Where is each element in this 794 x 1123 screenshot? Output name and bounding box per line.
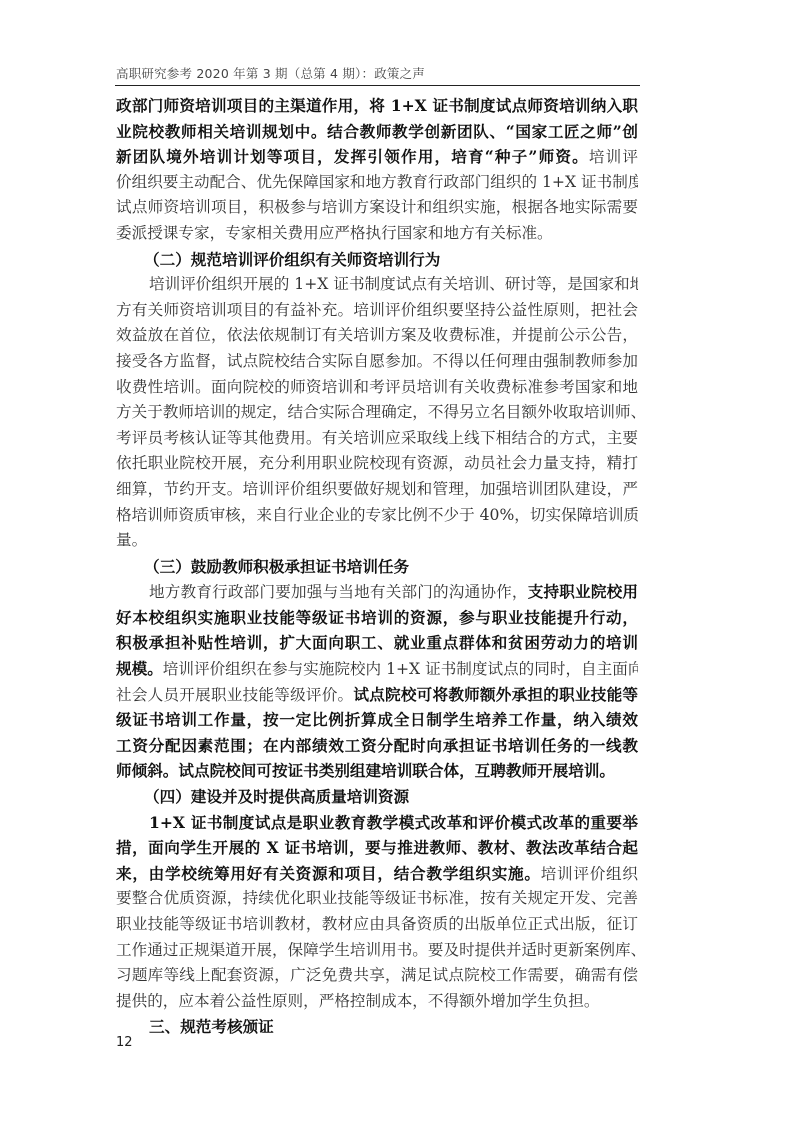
text-line: 考评员考核认证等其他费用。有关培训应采取线上线下相结合的方式，主要 [116,426,638,452]
bold-text-segment: 积极承担补贴性培训，扩大面向职工、就业重点群体和贫困劳动力的培训 [116,633,638,652]
text-line: 细算，节约开支。培训评价组织要做好规划和管理，加强培训团队建设，严 [116,477,638,503]
text-segment: 量。 [116,531,147,549]
header-rule [115,85,640,86]
text-segment: 社会人员开展职业技能等级评价。 [116,686,353,704]
text-line: 格培训师资质审核，来自行业企业的专家比例不少于 40%，切实保障培训质 [116,503,638,529]
text-segment: 要整合优质资源，持续优化职业技能等级证书标准，按有关规定开发、完善 [116,889,638,907]
text-line: 好本校组织实施职业技能等级证书培训的资源，参与职业技能提升行动， [116,605,638,631]
bold-text-segment: （三）鼓励教师积极承担证书培训任务 [144,557,409,576]
text-line: 效益放在首位，依法依规制订有关培训方案及收费标准，并提前公示公告， [116,323,638,349]
text-line: 地方教育行政部门要加强与当地有关部门的沟通协作，支持职业院校用 [116,579,638,605]
text-segment: 培训评价组织在参与实施院校内 1+X 证书制度试点的同时，自主面向 [163,660,638,678]
text-line: 师倾斜。试点院校间可按证书类别组建培训联合体，互聘教师开展培训。 [116,758,638,784]
bold-text-segment: 政部门师资培训项目的主渠道作用，将 1+X 证书制度试点师资培训纳入职 [116,96,638,115]
bold-text-segment: 三、规范考核颁证 [149,1017,274,1036]
text-segment: 提供的，应本着公益性原则，严格控制成本，不得额外增加学生负担。 [116,992,599,1010]
text-segment: 试点师资培训项目，积极参与培训方案设计和组织实施，根据各地实际需要 [116,198,638,216]
text-line: 价组织要主动配合、优先保障国家和地方教育行政部门组织的 1+X 证书制度 [116,170,638,196]
bold-text-segment: 级证书培训工作量，按一定比例折算成全日制学生培养工作量，纳入绩效 [116,710,638,729]
text-line: 依托职业院校开展，充分利用职业院校现有资源，动员社会力量支持，精打 [116,451,638,477]
text-line: 规模。培训评价组织在参与实施院校内 1+X 证书制度试点的同时，自主面向 [116,656,638,682]
text-line: 措，面向学生开展的 X 证书培训，要与推进教师、教材、教法改革结合起 [116,835,638,861]
text-segment: 依托职业院校开展，充分利用职业院校现有资源，动员社会力量支持，精打 [116,454,638,472]
bold-text-segment: 规模。 [116,659,163,678]
running-header: 高职研究参考 2020 年第 3 期（总第 4 期）：政策之声 [116,64,640,82]
text-segment: 方关于教师培训的规定，结合实际合理确定，不得另立名目额外收取培训师、 [116,403,638,421]
text-line: 收费性培训。面向院校的师资培训和考评员培训有关收费标准参考国家和地 [116,375,638,401]
body-text: 政部门师资培训项目的主渠道作用，将 1+X 证书制度试点师资培训纳入职业院校教师… [116,93,638,1040]
text-segment: 接受各方监督，试点院校结合实际自愿参加。不得以任何理由强制教师参加 [116,352,638,370]
text-line: 方有关师资培训项目的有益补充。培训评价组织要坚持公益性原则，把社会 [116,298,638,324]
document-page: 高职研究参考 2020 年第 3 期（总第 4 期）：政策之声 政部门师资培训项… [0,0,794,1123]
text-line: 社会人员开展职业技能等级评价。试点院校可将教师额外承担的职业技能等 [116,682,638,708]
text-line: 工作通过正规渠道开展，保障学生培训用书。要及时提供并适时更新案例库、 [116,938,638,964]
text-segment: 收费性培训。面向院校的师资培训和考评员培训有关收费标准参考国家和地 [116,378,638,396]
text-line: 来，由学校统筹用好有关资源和项目，结合教学组织实施。培训评价组织 [116,861,638,887]
text-segment: 格培训师资质审核，来自行业企业的专家比例不少于 40%，切实保障培训质 [116,506,638,524]
text-segment: 方有关师资培训项目的有益补充。培训评价组织要坚持公益性原则，把社会 [116,301,638,319]
text-line: 政部门师资培训项目的主渠道作用，将 1+X 证书制度试点师资培训纳入职 [116,93,638,119]
bold-text-segment: 师倾斜。试点院校间可按证书类别组建培训联合体，互聘教师开展培训。 [116,761,615,780]
text-segment: 委派授课专家，专家相关费用应严格执行国家和地方有关标准。 [116,224,553,242]
bold-text-segment: （四）建设并及时提供高质量培训资源 [144,787,409,806]
text-segment: 工作通过正规渠道开展，保障学生培训用书。要及时提供并适时更新案例库、 [116,941,638,959]
text-line: 方关于教师培训的规定，结合实际合理确定，不得另立名目额外收取培训师、 [116,400,638,426]
text-line: 新团队境外培训计划等项目，发挥引领作用，培育“种子”师资。培训评 [116,144,638,170]
text-segment: 职业技能等级证书培训教材，教材应由具备资质的出版单位正式出版，征订 [116,915,638,933]
text-line: 要整合优质资源，持续优化职业技能等级证书标准，按有关规定开发、完善 [116,886,638,912]
section-heading: （三）鼓励教师积极承担证书培训任务 [116,554,638,580]
text-segment: 细算，节约开支。培训评价组织要做好规划和管理，加强培训团队建设，严 [116,480,638,498]
section-heading: （二）规范培训评价组织有关师资培训行为 [116,247,638,273]
text-line: 试点师资培训项目，积极参与培训方案设计和组织实施，根据各地实际需要 [116,195,638,221]
text-segment: 习题库等线上配套资源，广泛免费共享，满足试点院校工作需要，确需有偿 [116,966,638,984]
text-segment: 价组织要主动配合、优先保障国家和地方教育行政部门组织的 1+X 证书制度 [116,173,638,191]
text-line: 积极承担补贴性培训，扩大面向职工、就业重点群体和贫困劳动力的培训 [116,630,638,656]
bold-text-segment: （二）规范培训评价组织有关师资培训行为 [144,250,440,269]
bold-text-segment: 试点院校可将教师额外承担的职业技能等 [353,685,638,704]
text-line: 委派授课专家，专家相关费用应严格执行国家和地方有关标准。 [116,221,638,247]
text-line: 量。 [116,528,638,554]
bold-text-segment: 支持职业院校用 [528,582,638,601]
text-segment: 培训评 [589,148,638,166]
text-segment: 培训评价组织 [541,865,638,883]
text-line: 接受各方监督，试点院校结合实际自愿参加。不得以任何理由强制教师参加 [116,349,638,375]
text-line: 级证书培训工作量，按一定比例折算成全日制学生培养工作量，纳入绩效 [116,707,638,733]
bold-text-segment: 新团队境外培训计划等项目，发挥引领作用，培育“种子”师资。 [116,147,589,166]
page-number: 12 [116,1035,133,1050]
bold-text-segment: 工资分配因素范围；在内部绩效工资分配时向承担证书培训任务的一线教 [116,736,638,755]
text-line: 培训评价组织开展的 1+X 证书制度试点有关培训、研讨等，是国家和地 [116,272,638,298]
text-line: 习题库等线上配套资源，广泛免费共享，满足试点院校工作需要，确需有偿 [116,963,638,989]
bold-text-segment: 1+X 证书制度试点是职业教育教学模式改革和评价模式改革的重要举 [149,813,638,832]
text-line: 1+X 证书制度试点是职业教育教学模式改革和评价模式改革的重要举 [116,810,638,836]
bold-text-segment: 措，面向学生开展的 X 证书培训，要与推进教师、教材、教法改革结合起 [116,838,638,857]
text-segment: 培训评价组织开展的 1+X 证书制度试点有关培训、研讨等，是国家和地 [149,275,638,293]
text-line: 职业技能等级证书培训教材，教材应由具备资质的出版单位正式出版，征订 [116,912,638,938]
section-heading: （四）建设并及时提供高质量培训资源 [116,784,638,810]
text-segment: 考评员考核认证等其他费用。有关培训应采取线上线下相结合的方式，主要 [116,429,638,447]
text-line: 业院校教师相关培训规划中。结合教师教学创新团队、“国家工匠之师”创 [116,119,638,145]
bold-text-segment: 好本校组织实施职业技能等级证书培训的资源，参与职业技能提升行动， [116,608,638,627]
section-heading: 三、规范考核颁证 [116,1014,638,1040]
text-segment: 地方教育行政部门要加强与当地有关部门的沟通协作， [149,583,528,601]
text-line: 提供的，应本着公益性原则，严格控制成本，不得额外增加学生负担。 [116,989,638,1015]
text-line: 工资分配因素范围；在内部绩效工资分配时向承担证书培训任务的一线教 [116,733,638,759]
bold-text-segment: 来，由学校统筹用好有关资源和项目，结合教学组织实施。 [116,864,541,883]
bold-text-segment: 业院校教师相关培训规划中。结合教师教学创新团队、“国家工匠之师”创 [116,122,638,141]
text-segment: 效益放在首位，依法依规制订有关培训方案及收费标准，并提前公示公告， [116,326,638,344]
